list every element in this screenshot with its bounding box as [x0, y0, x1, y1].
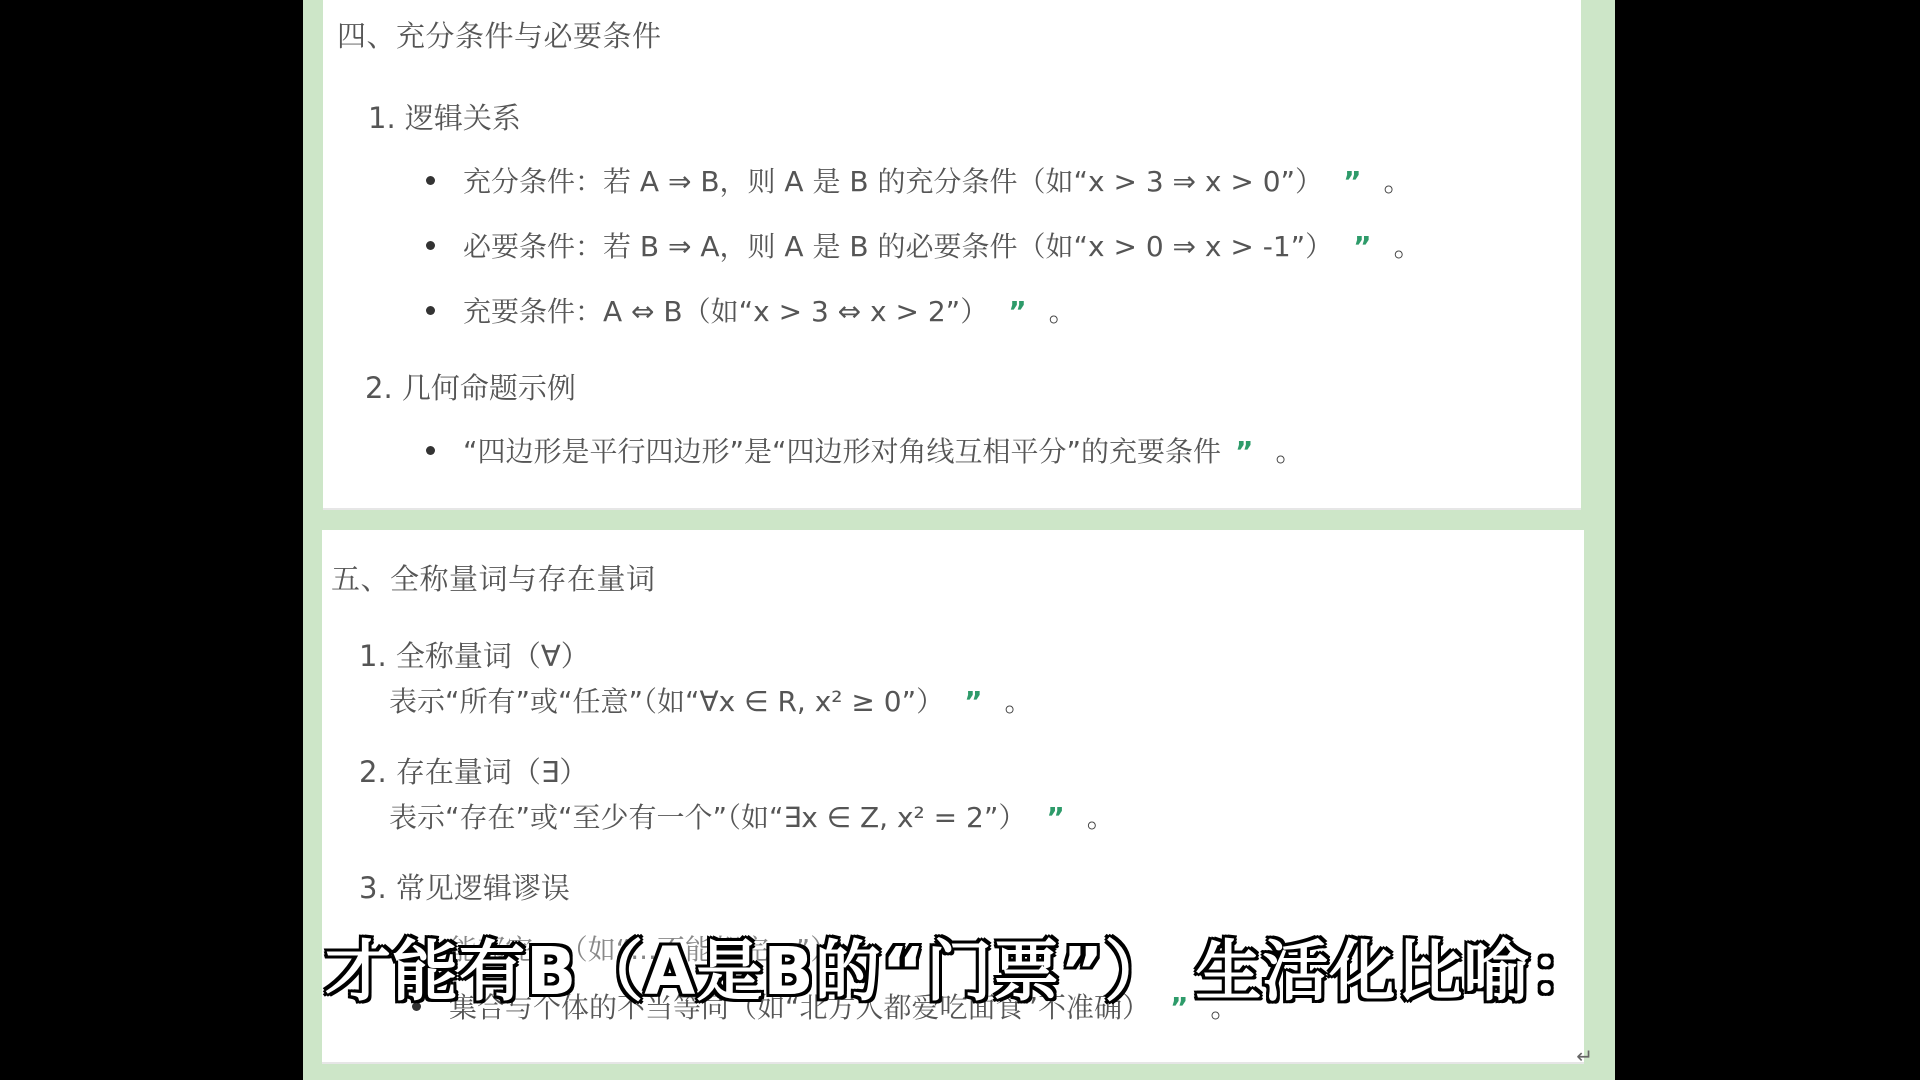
list-item: 充要条件：A ⇔ B（如“x > 3 ⇔ x > 2”）”。 [426, 290, 1077, 330]
subsection-title-logic: 1. 逻辑关系 [368, 96, 521, 137]
quote-mark-icon: ” [1008, 295, 1026, 328]
subsection-title-geometry: 2. 几何命题示例 [365, 366, 576, 407]
quote-mark-icon: ” [1235, 435, 1253, 468]
bullet-icon [426, 176, 435, 185]
bullet-icon [426, 446, 435, 455]
quote-mark-icon: ” [1353, 230, 1371, 263]
subsection-title-fallacies: 3. 常见逻辑谬误 [359, 866, 570, 907]
bullet-icon [426, 306, 435, 315]
quote-mark-icon: ” [964, 685, 982, 718]
description-universal: 表示“所有”或“任意”（如“∀x ∈ R, x² ≥ 0”）”。 [389, 680, 1033, 720]
subsection-title-universal: 1. 全称量词（∀） [359, 634, 590, 675]
bullet-icon [426, 241, 435, 250]
description-existential: 表示“存在”或“至少有一个”（如“∃x ∈ Z, x² = 2”）”。 [389, 796, 1115, 836]
section-heading-4: 四、充分条件与必要条件 [337, 14, 662, 55]
quote-mark-icon: ” [1046, 801, 1064, 834]
quote-mark-icon: ” [1343, 165, 1361, 198]
section-heading-5: 五、全称量词与存在量词 [331, 557, 656, 598]
list-item: “四边形是平行四边形”是“四边形对角线互相平分”的充要条件”。 [426, 430, 1303, 470]
list-item: 必要条件：若 B ⇒ A，则 A 是 B 的必要条件（如“x > 0 ⇒ x >… [426, 225, 1422, 265]
video-subtitle: 才能有B（A是B的“门票”） 生活化比喻： [325, 918, 1625, 1013]
list-item: 充分条件：若 A ⇒ B，则 A 是 B 的充分条件（如“x > 3 ⇒ x >… [426, 160, 1411, 200]
subsection-title-existential: 2. 存在量词（∃） [359, 750, 588, 791]
section-card-4: 四、充分条件与必要条件 1. 逻辑关系 充分条件：若 A ⇒ B，则 A 是 B… [323, 0, 1581, 508]
paragraph-return-icon: ↵ [1576, 1044, 1593, 1068]
